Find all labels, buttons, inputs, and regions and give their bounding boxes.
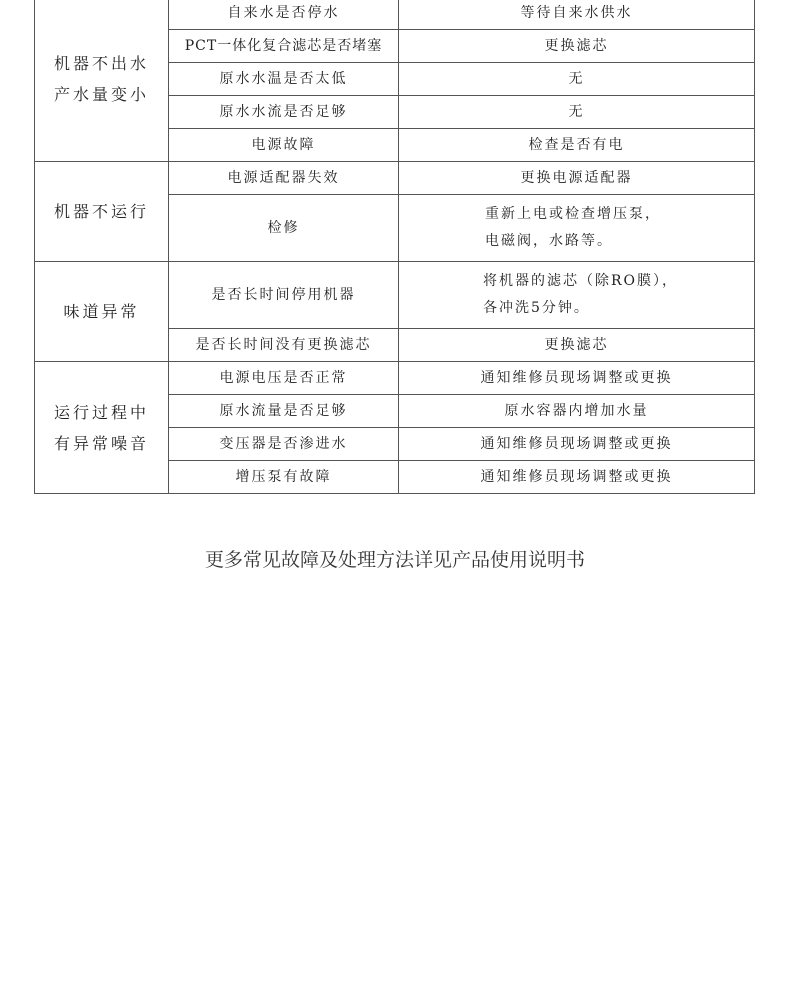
table-row: 运行过程中 有异常噪音 电源电压是否正常 通知维修员现场调整或更换 xyxy=(35,362,755,395)
cause-cell: 原水流量是否足够 xyxy=(169,395,399,428)
table-row: 机器不出水 产水量变小 自来水是否停水 等待自来水供水 xyxy=(35,0,755,30)
solution-cell: 更换电源适配器 xyxy=(399,162,755,195)
footer-note: 更多常见故障及处理方法详见产品使用说明书 xyxy=(0,545,790,572)
solution-cell: 无 xyxy=(399,63,755,96)
cause-cell: 电源适配器失效 xyxy=(169,162,399,195)
solution-cell: 无 xyxy=(399,96,755,129)
symptom-line: 机器不出水 xyxy=(39,48,164,79)
solution-line: 电磁阀，水路等。 xyxy=(485,228,750,255)
solution-cell: 将机器的滤芯（除RO膜）， 各冲洗5分钟。 xyxy=(399,262,755,329)
solution-cell: 更换滤芯 xyxy=(399,30,755,63)
symptom-cell-no-water: 机器不出水 产水量变小 xyxy=(35,0,169,162)
symptom-line: 产水量变小 xyxy=(39,79,164,110)
cause-cell: 自来水是否停水 xyxy=(169,0,399,30)
solution-cell: 等待自来水供水 xyxy=(399,0,755,30)
solution-cell: 重新上电或检查增压泵， 电磁阀，水路等。 xyxy=(399,195,755,262)
cause-cell: 增压泵有故障 xyxy=(169,461,399,494)
symptom-line: 有异常噪音 xyxy=(39,428,164,459)
symptom-cell-abnormal-taste: 味道异常 xyxy=(35,262,169,362)
symptom-cell-abnormal-noise: 运行过程中 有异常噪音 xyxy=(35,362,169,494)
troubleshooting-table-container: 机器不出水 产水量变小 自来水是否停水 等待自来水供水 PCT一体化复合滤芯是否… xyxy=(34,0,754,494)
symptom-cell-not-running: 机器不运行 xyxy=(35,162,169,262)
cause-cell: 是否长时间没有更换滤芯 xyxy=(169,329,399,362)
cause-cell: PCT一体化复合滤芯是否堵塞 xyxy=(169,30,399,63)
symptom-line: 机器不运行 xyxy=(39,196,164,227)
solution-line: 将机器的滤芯（除RO膜）， xyxy=(483,268,750,295)
symptom-line: 运行过程中 xyxy=(39,397,164,428)
solution-cell: 原水容器内增加水量 xyxy=(399,395,755,428)
solution-cell: 通知维修员现场调整或更换 xyxy=(399,461,755,494)
solution-cell: 通知维修员现场调整或更换 xyxy=(399,362,755,395)
cause-cell: 电源故障 xyxy=(169,129,399,162)
cause-cell: 电源电压是否正常 xyxy=(169,362,399,395)
solution-line: 各冲洗5分钟。 xyxy=(483,295,750,322)
table-row: 机器不运行 电源适配器失效 更换电源适配器 xyxy=(35,162,755,195)
table-row: 味道异常 是否长时间停用机器 将机器的滤芯（除RO膜）， 各冲洗5分钟。 xyxy=(35,262,755,329)
solution-cell: 通知维修员现场调整或更换 xyxy=(399,428,755,461)
cause-cell: 是否长时间停用机器 xyxy=(169,262,399,329)
solution-cell: 更换滤芯 xyxy=(399,329,755,362)
cause-cell: 变压器是否渗进水 xyxy=(169,428,399,461)
troubleshooting-table: 机器不出水 产水量变小 自来水是否停水 等待自来水供水 PCT一体化复合滤芯是否… xyxy=(34,0,755,494)
symptom-line: 味道异常 xyxy=(39,296,164,327)
solution-cell: 检查是否有电 xyxy=(399,129,755,162)
cause-cell: 原水水温是否太低 xyxy=(169,63,399,96)
cause-cell: 检修 xyxy=(169,195,399,262)
cause-cell: 原水水流是否足够 xyxy=(169,96,399,129)
solution-line: 重新上电或检查增压泵， xyxy=(485,201,750,228)
